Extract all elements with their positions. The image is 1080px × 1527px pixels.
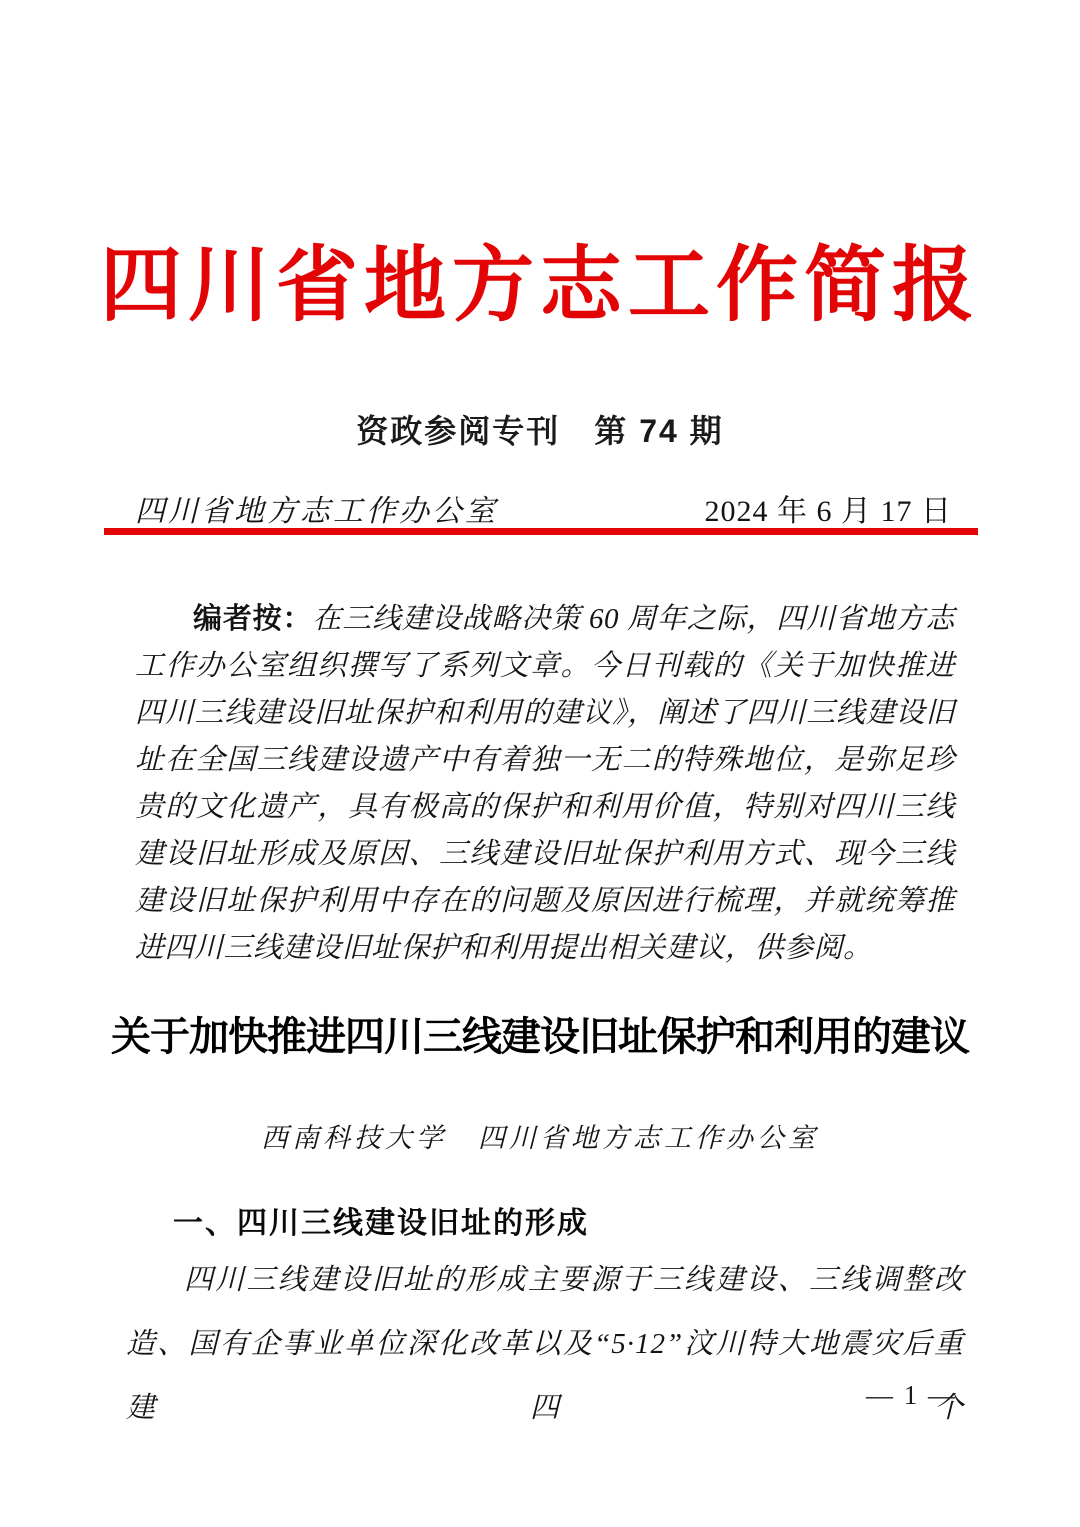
section-heading-1: 一、四川三线建设旧址的形成: [135, 1198, 965, 1242]
masthead-info-row: 四川省地方志工作办公室 2024 年 6 月 17 日: [135, 486, 952, 530]
editor-note-text: 在三线建设战略决策 60 周年之际，四川省地方志工作办公室组织撰写了系列文章。今…: [135, 603, 955, 964]
issue-number-line: 资政参阅专刊 第 74 期: [0, 406, 1080, 452]
editor-note-label: 编者按：: [193, 603, 312, 635]
bulletin-title: 四川省地方志工作简报: [0, 240, 1080, 332]
issuing-organization: 四川省地方志工作办公室: [135, 486, 498, 530]
masthead-divider-rule: [104, 528, 978, 535]
article-title: 关于加快推进四川三线建设旧址保护和利用的建议: [0, 1005, 1080, 1062]
document-page: 四川省地方志工作简报 资政参阅专刊 第 74 期 四川省地方志工作办公室 202…: [0, 0, 1080, 1527]
page-number: — 1 —: [866, 1380, 957, 1411]
issue-date: 2024 年 6 月 17 日: [705, 486, 953, 530]
editor-note: 编者按：在三线建设战略决策 60 周年之际，四川省地方志工作办公室组织撰写了系列…: [135, 596, 955, 972]
article-paragraph-1: 四川三线建设旧址的形成主要源于三线建设、三线调整改造、国有企事业单位深化改革以及…: [126, 1248, 964, 1440]
article-byline: 西南科技大学 四川省地方志工作办公室: [0, 1116, 1080, 1155]
